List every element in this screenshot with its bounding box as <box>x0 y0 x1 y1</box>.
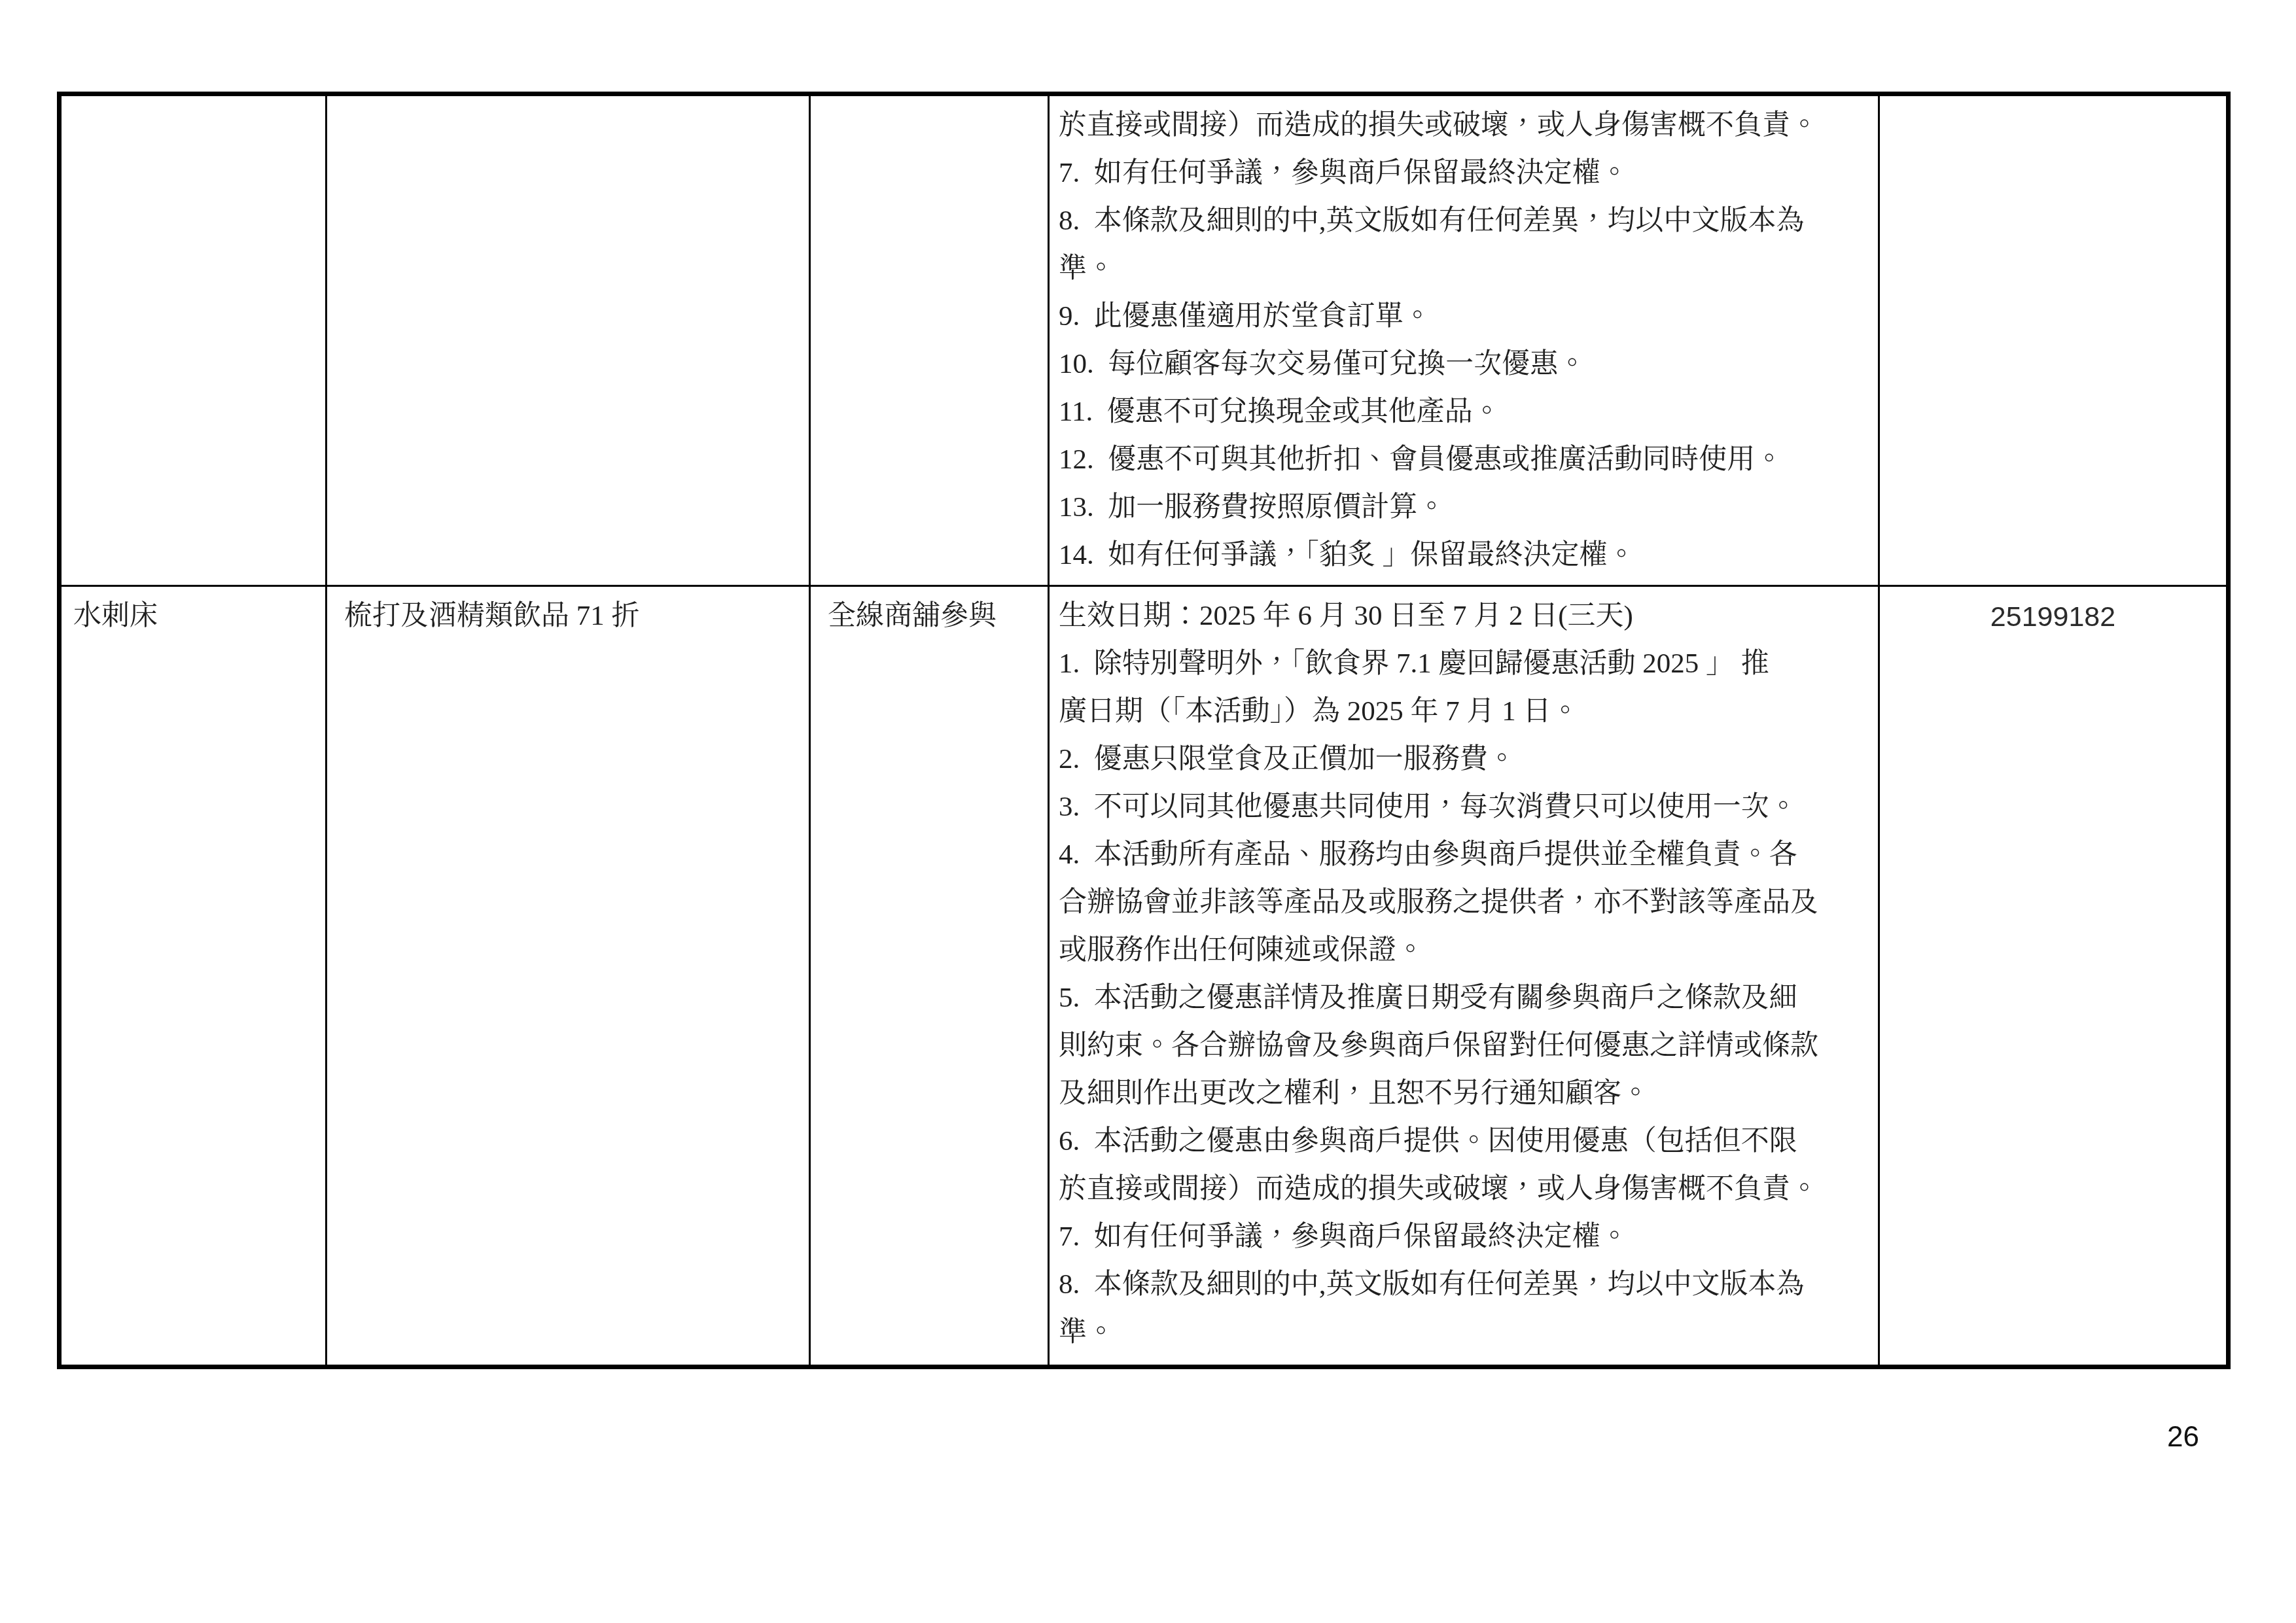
terms-line: 準。 <box>1059 245 1867 292</box>
terms-line: 3. 不可以同其他優惠共同使用，每次消費只可以使用一次。 <box>1059 783 1867 831</box>
participation-text <box>811 96 1048 101</box>
terms-line: 11. 優惠不可兌換現金或其他產品。 <box>1059 388 1867 436</box>
terms-text: 生效日期：2025 年 6 月 30 日至 7 月 2 日(三天)1. 除特別聲… <box>1050 587 1878 1356</box>
offer-text <box>327 96 809 101</box>
terms-line: 2. 優惠只限堂食及正價加一服務費。 <box>1059 735 1867 783</box>
offer-cell: 梳打及酒精類飲品 71 折 <box>327 586 810 1367</box>
terms-line: 12. 優惠不可與其他折扣、會員優惠或推廣活動同時使用。 <box>1059 436 1867 483</box>
code-cell <box>1879 94 2229 586</box>
terms-line: 14. 如有任何爭議，「貃炙 」保留最終決定權。 <box>1059 531 1867 579</box>
terms-line: 合辦協會並非該等產品及或服務之提供者，亦不對該等產品及 <box>1059 879 1867 926</box>
terms-line: 準。 <box>1059 1308 1867 1356</box>
terms-cell: 於直接或間接）而造成的損失或破壞，或人身傷害概不負責。7. 如有任何爭議，參與商… <box>1049 94 1879 586</box>
terms-line: 13. 加一服務費按照原價計算。 <box>1059 483 1867 531</box>
terms-line: 7. 如有任何爭議，參與商戶保留最終決定權。 <box>1059 149 1867 197</box>
terms-line: 生效日期：2025 年 6 月 30 日至 7 月 2 日(三天) <box>1059 592 1867 640</box>
merchant-cell <box>60 94 327 586</box>
terms-line: 廣日期（「本活動」）為 2025 年 7 月 1 日。 <box>1059 688 1867 735</box>
code-cell: 25199182 <box>1879 586 2229 1367</box>
terms-line: 1. 除特別聲明外，「飲食界 7.1 慶回歸優惠活動 2025 」 推 <box>1059 640 1867 688</box>
offer-text: 梳打及酒精類飲品 71 折 <box>327 587 809 640</box>
offers-table: 於直接或間接）而造成的損失或破壞，或人身傷害概不負責。7. 如有任何爭議，參與商… <box>57 92 2231 1369</box>
terms-line: 及細則作出更改之權利，且恕不另行通知顧客。 <box>1059 1070 1867 1117</box>
terms-cell: 生效日期：2025 年 6 月 30 日至 7 月 2 日(三天)1. 除特別聲… <box>1049 586 1879 1367</box>
terms-text: 於直接或間接）而造成的損失或破壞，或人身傷害概不負責。7. 如有任何爭議，參與商… <box>1050 96 1878 579</box>
table-row-continuation: 於直接或間接）而造成的損失或破壞，或人身傷害概不負責。7. 如有任何爭議，參與商… <box>60 94 2229 586</box>
terms-line: 6. 本活動之優惠由參與商戶提供。因使用優惠（包括但不限 <box>1059 1117 1867 1165</box>
terms-line: 9. 此優惠僅適用於堂食訂單。 <box>1059 292 1867 340</box>
merchant-name <box>62 96 325 101</box>
participation-cell: 全線商舖參與 <box>810 586 1049 1367</box>
terms-line: 10. 每位顧客每次交易僅可兌換一次優惠。 <box>1059 340 1867 388</box>
document-page: 於直接或間接）而造成的損失或破壞，或人身傷害概不負責。7. 如有任何爭議，參與商… <box>0 0 2296 1623</box>
offer-cell <box>327 94 810 586</box>
terms-line: 則約束。各合辦協會及參與商戶保留對任何優惠之詳情或條款 <box>1059 1022 1867 1070</box>
table-row-merchant: 水刺床 梳打及酒精類飲品 71 折 全線商舖參與 生效日期：2025 年 6 月… <box>60 586 2229 1367</box>
merchant-code: 25199182 <box>1880 587 2226 641</box>
terms-line: 於直接或間接）而造成的損失或破壞，或人身傷害概不負責。 <box>1059 101 1867 149</box>
terms-line: 4. 本活動所有產品、服務均由參與商戶提供並全權負責。各 <box>1059 831 1867 879</box>
terms-line: 7. 如有任何爭議，參與商戶保留最終決定權。 <box>1059 1213 1867 1261</box>
merchant-name: 水刺床 <box>62 587 325 640</box>
terms-line: 8. 本條款及細則的中,英文版如有任何差異，均以中文版本為 <box>1059 197 1867 245</box>
terms-line: 8. 本條款及細則的中,英文版如有任何差異，均以中文版本為 <box>1059 1261 1867 1308</box>
page-number: 26 <box>2167 1421 2199 1454</box>
merchant-code <box>1880 96 2226 103</box>
terms-line: 或服務作出任何陳述或保證。 <box>1059 926 1867 974</box>
terms-line: 於直接或間接）而造成的損失或破壞，或人身傷害概不負責。 <box>1059 1165 1867 1213</box>
merchant-cell: 水刺床 <box>60 586 327 1367</box>
participation-cell <box>810 94 1049 586</box>
terms-line: 5. 本活動之優惠詳情及推廣日期受有關參與商戶之條款及細 <box>1059 974 1867 1022</box>
participation-text: 全線商舖參與 <box>811 587 1048 640</box>
